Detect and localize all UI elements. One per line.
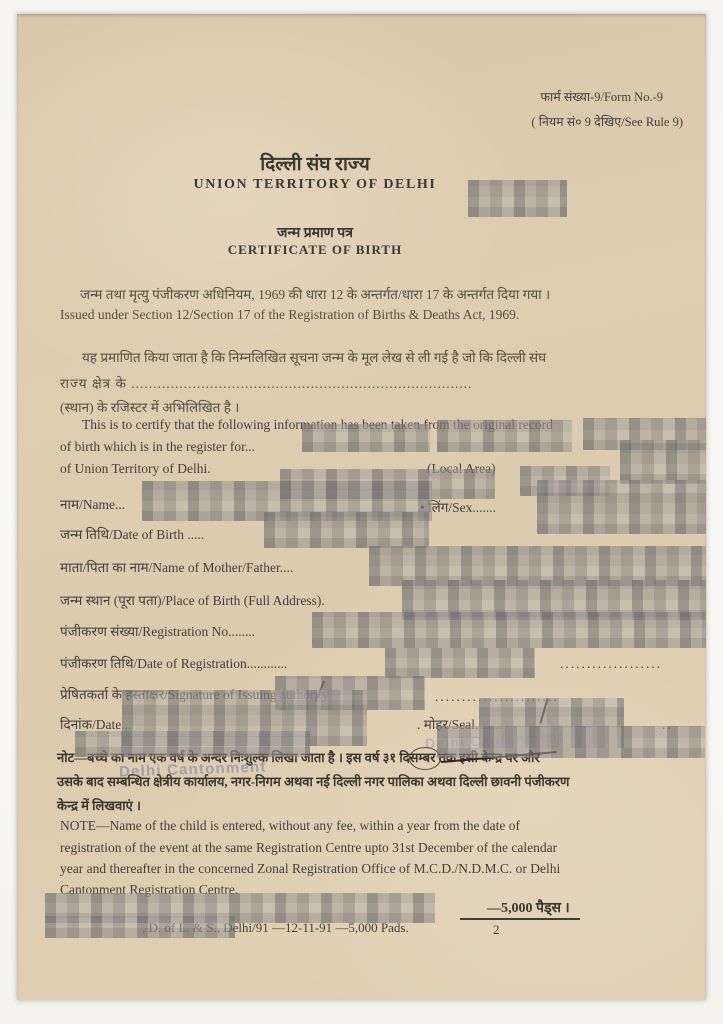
field-registration-no-label: पंजीकरण संख्या/Registration No........ [60, 622, 255, 640]
redacted-region [620, 440, 706, 484]
redacted-region [75, 731, 310, 757]
certify-english-line3: of Union Territory of Delhi. [60, 461, 211, 477]
subtitle-english: CERTIFICATE OF BIRTH [17, 242, 613, 258]
redacted-region [264, 512, 429, 548]
field-name-label: नाम/Name... [60, 495, 125, 513]
issued-english: Issued under Section 12/Section 17 of th… [60, 307, 519, 323]
redacted-region [302, 424, 430, 452]
scanned-document: Delhi Cantonment Delhi Cantonment फार्म … [0, 0, 723, 1024]
title-hindi: दिल्ली संघ राज्य [17, 150, 613, 176]
field-mother-father-label: माता/पिता का नाम/Name of Mother/Father..… [60, 558, 293, 576]
field-dob-label: जन्म तिथि/Date of Birth ..... [60, 525, 204, 543]
form-number-line1: फार्म संख्या-9/Form No.-9 [540, 88, 663, 105]
subtitle-hindi: जन्म प्रमाण पत्र [17, 223, 613, 242]
registration-date-dotted-line: ................... [560, 656, 662, 672]
certify-hindi-line2: राज्य क्षेत्र के .......................… [60, 374, 472, 392]
redacted-region [385, 648, 535, 678]
footer-underline [460, 918, 580, 920]
form-number-line2: ( नियम सं० 9 देखिए/See Rule 9) [531, 113, 683, 130]
field-registration-date-label: पंजीकरण तिथि/Date of Registration.......… [60, 654, 287, 672]
redacted-region [312, 612, 706, 648]
field-place-of-birth-label: जन्म स्थान (पूरा पता)/Place of Birth (Fu… [60, 591, 325, 609]
note-hindi-line3: केन्द्र में लिखवाएं । [57, 796, 141, 814]
certificate-paper: Delhi Cantonment Delhi Cantonment फार्म … [17, 14, 706, 1000]
note-english-line3: year and thereafter in the concerned Zon… [60, 861, 560, 877]
redacted-region [45, 916, 235, 938]
certify-english-line2: of birth which is in the register for... [60, 439, 255, 455]
note-english-line2: registration of the event at the same Re… [60, 840, 557, 856]
certify-hindi-line1: यह प्रमाणित किया जाता है कि निम्नलिखित स… [82, 348, 546, 366]
pads-count-hindi: —5,000 पैड्स । [487, 898, 570, 917]
redacted-region [468, 180, 567, 217]
page-number: 2 [493, 922, 500, 938]
redacted-region [437, 726, 705, 758]
certify-hindi-line3: (स्थान) के रजिस्टर में अभिलिखित है । [60, 398, 239, 416]
issued-hindi: जन्म तथा मृत्यु पंजीकरण अधिनियम, 1969 की… [80, 285, 550, 303]
redacted-region [437, 420, 572, 452]
note-english-line1: NOTE—Name of the child is entered, witho… [60, 818, 520, 834]
redacted-region [537, 480, 706, 534]
